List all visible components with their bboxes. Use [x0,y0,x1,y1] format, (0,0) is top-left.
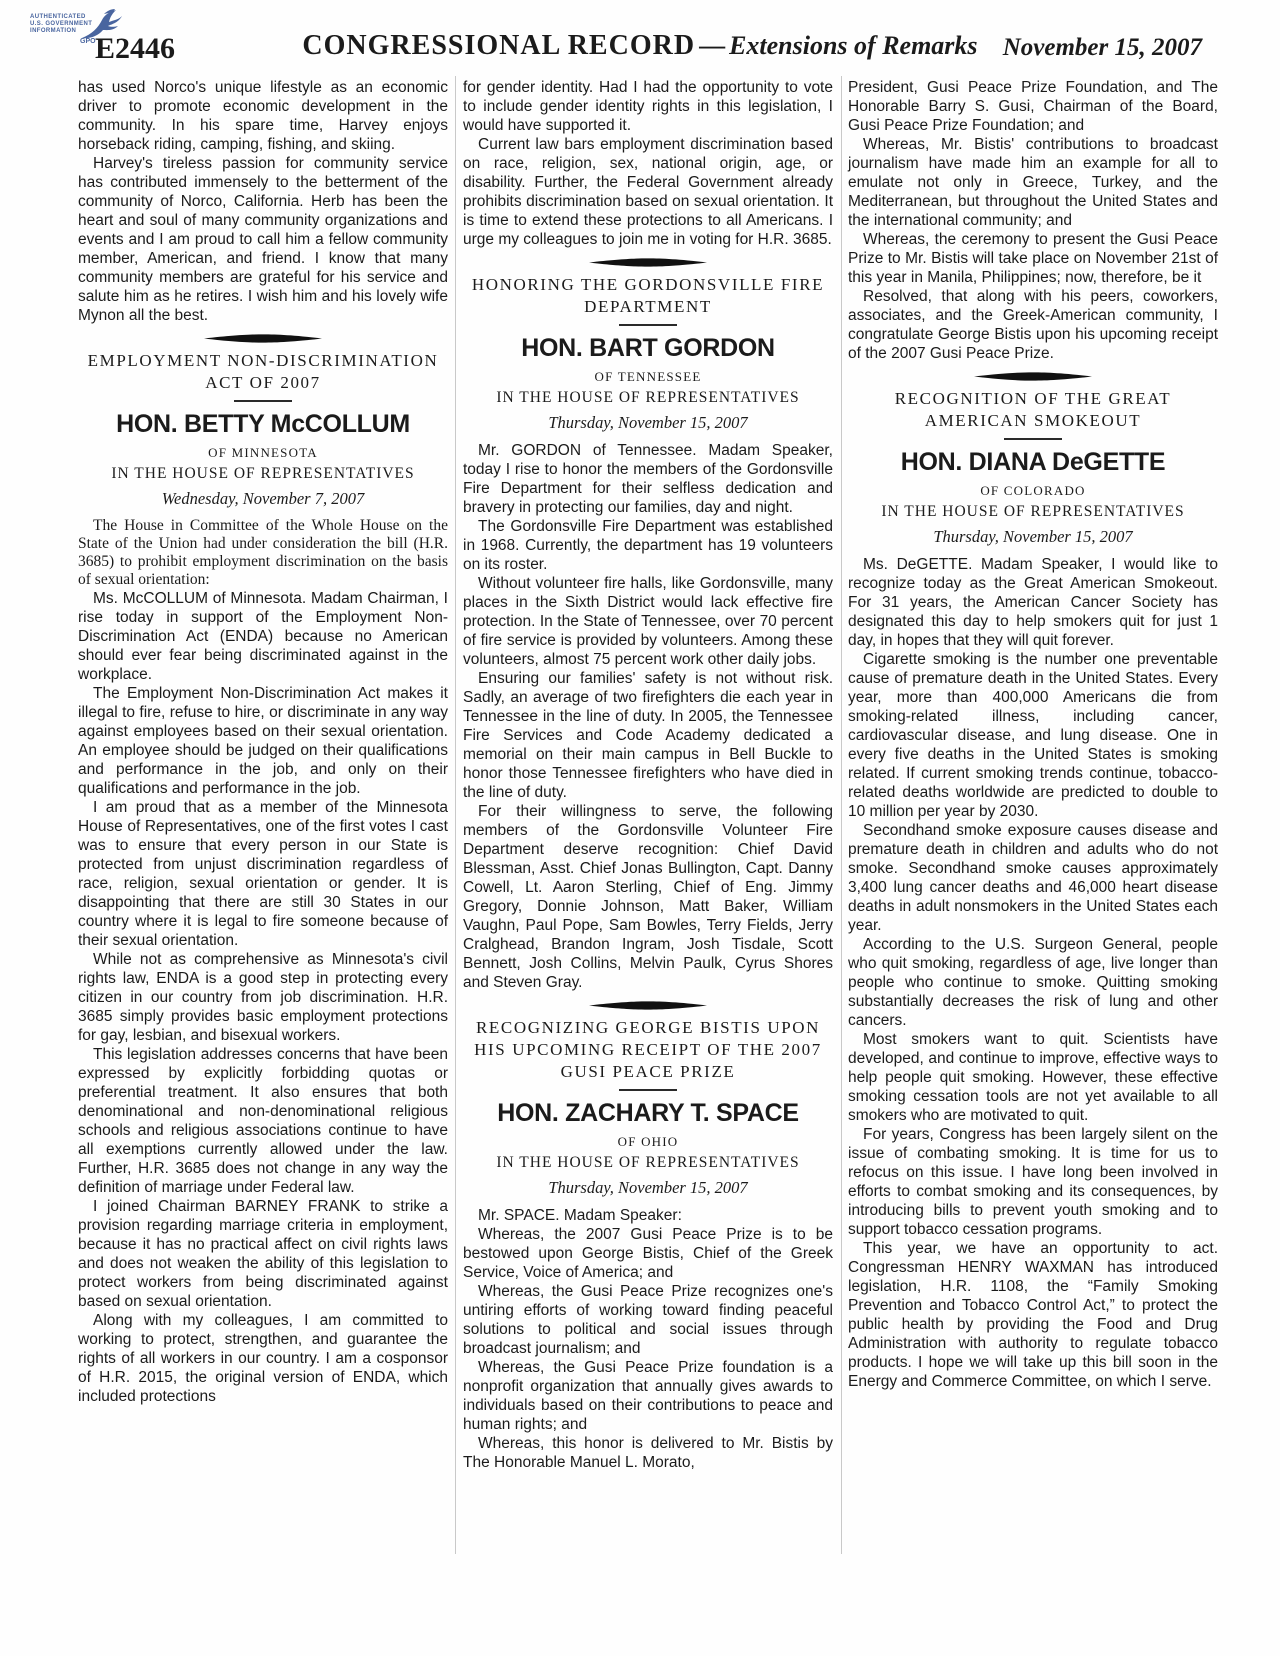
member-name: HON. BART GORDON [463,334,833,363]
body-paragraph: Without volunteer fire halls, like Gordo… [463,574,833,669]
record-title-main: CONGRESSIONAL RECORD [302,30,695,61]
body-paragraph: The Employment Non-Discrimination Act ma… [78,684,448,798]
body-paragraph: Ensuring our families' safety is not wit… [463,669,833,802]
body-paragraph: Mr. GORDON of Tennessee. Madam Speaker, … [463,441,833,517]
preamble-paragraph: The House in Committee of the Whole Hous… [78,517,448,589]
proceeding-date: Thursday, November 15, 2007 [463,413,833,433]
article-title: RECOGNITION OF THE GREAT AMERICAN SMOKEO… [848,388,1218,432]
member-state: OF COLORADO [848,483,1218,499]
title-rule [1004,438,1062,440]
chamber-line: IN THE HOUSE OF REPRESENTATIVES [463,1154,833,1172]
chamber-line: IN THE HOUSE OF REPRESENTATIVES [78,465,448,483]
body-paragraph: President, Gusi Peace Prize Foundation, … [848,78,1218,135]
body-paragraph: Mr. SPACE. Madam Speaker: [463,1206,833,1225]
body-paragraph: Whereas, the Gusi Peace Prize foundation… [463,1358,833,1434]
record-title-dash: — [695,31,729,60]
body-paragraph: for gender identity. Had I had the oppor… [463,78,833,135]
title-rule [234,400,292,402]
member-name: HON. BETTY McCOLLUM [78,410,448,439]
congressional-record-page: AUTHENTICATED U.S. GOVERNMENT INFORMATIO… [0,0,1280,1656]
section-separator-icon [78,334,448,343]
body-paragraph: Cigarette smoking is the number one prev… [848,650,1218,821]
issue-date: November 15, 2007 [1003,34,1202,62]
body-paragraph: has used Norco's unique lifestyle as an … [78,78,448,154]
title-rule [619,324,677,326]
body-paragraph: Whereas, the ceremony to present the Gus… [848,230,1218,287]
body-paragraph: Whereas, the 2007 Gusi Peace Prize is to… [463,1225,833,1282]
article-columns: has used Norco's unique lifestyle as an … [78,78,1218,1472]
body-paragraph: Whereas, this honor is delivered to Mr. … [463,1434,833,1472]
body-paragraph: The Gordonsville Fire Department was est… [463,517,833,574]
title-rule [619,1089,677,1091]
article-title: EMPLOYMENT NON-DISCRIMINATION ACT OF 200… [78,350,448,394]
page-header: E2446 CONGRESSIONAL RECORD—Extensions of… [0,30,1280,72]
column-2: for gender identity. Had I had the oppor… [463,78,833,1472]
chamber-line: IN THE HOUSE OF REPRESENTATIVES [848,503,1218,521]
chamber-line: IN THE HOUSE OF REPRESENTATIVES [463,389,833,407]
proceeding-date: Thursday, November 15, 2007 [848,527,1218,547]
section-separator-icon [463,1001,833,1010]
proceeding-date: Thursday, November 15, 2007 [463,1178,833,1198]
body-paragraph: Ms. DeGETTE. Madam Speaker, I would like… [848,555,1218,650]
body-paragraph: I joined Chairman BARNEY FRANK to strike… [78,1197,448,1311]
body-paragraph: Secondhand smoke exposure causes disease… [848,821,1218,935]
body-paragraph: Resolved, that along with his peers, cow… [848,287,1218,363]
section-separator-icon [463,258,833,267]
body-paragraph: Along with my colleagues, I am committed… [78,1311,448,1406]
article-title: RECOGNIZING GEORGE BISTIS UPON HIS UPCOM… [463,1017,833,1083]
body-paragraph: Ms. McCOLLUM of Minnesota. Madam Chairma… [78,589,448,684]
body-paragraph: This legislation addresses concerns that… [78,1045,448,1197]
proceeding-date: Wednesday, November 7, 2007 [78,489,448,509]
member-name: HON. DIANA DeGETTE [848,448,1218,477]
member-state: OF TENNESSEE [463,369,833,385]
body-paragraph: Most smokers want to quit. Scientists ha… [848,1030,1218,1125]
body-paragraph: For years, Congress has been largely sil… [848,1125,1218,1239]
body-paragraph: Whereas, the Gusi Peace Prize recognizes… [463,1282,833,1358]
body-paragraph: Current law bars employment discriminati… [463,135,833,249]
body-paragraph: This year, we have an opportunity to act… [848,1239,1218,1391]
body-paragraph: I am proud that as a member of the Minne… [78,798,448,950]
record-title-subtitle: Extensions of Remarks [729,31,978,60]
section-separator-icon [848,372,1218,381]
column-1: has used Norco's unique lifestyle as an … [78,78,448,1472]
body-paragraph: While not as comprehensive as Minnesota'… [78,950,448,1045]
article-title: HONORING THE GORDONSVILLE FIRE DEPARTMEN… [463,274,833,318]
body-paragraph: According to the U.S. Surgeon General, p… [848,935,1218,1030]
body-paragraph: Whereas, Mr. Bistis' contributions to br… [848,135,1218,230]
member-state: OF MINNESOTA [78,445,448,461]
body-paragraph: Harvey's tireless passion for community … [78,154,448,325]
column-3: President, Gusi Peace Prize Foundation, … [848,78,1218,1472]
body-paragraph: For their willingness to serve, the foll… [463,802,833,992]
member-name: HON. ZACHARY T. SPACE [463,1099,833,1128]
member-state: OF OHIO [463,1134,833,1150]
